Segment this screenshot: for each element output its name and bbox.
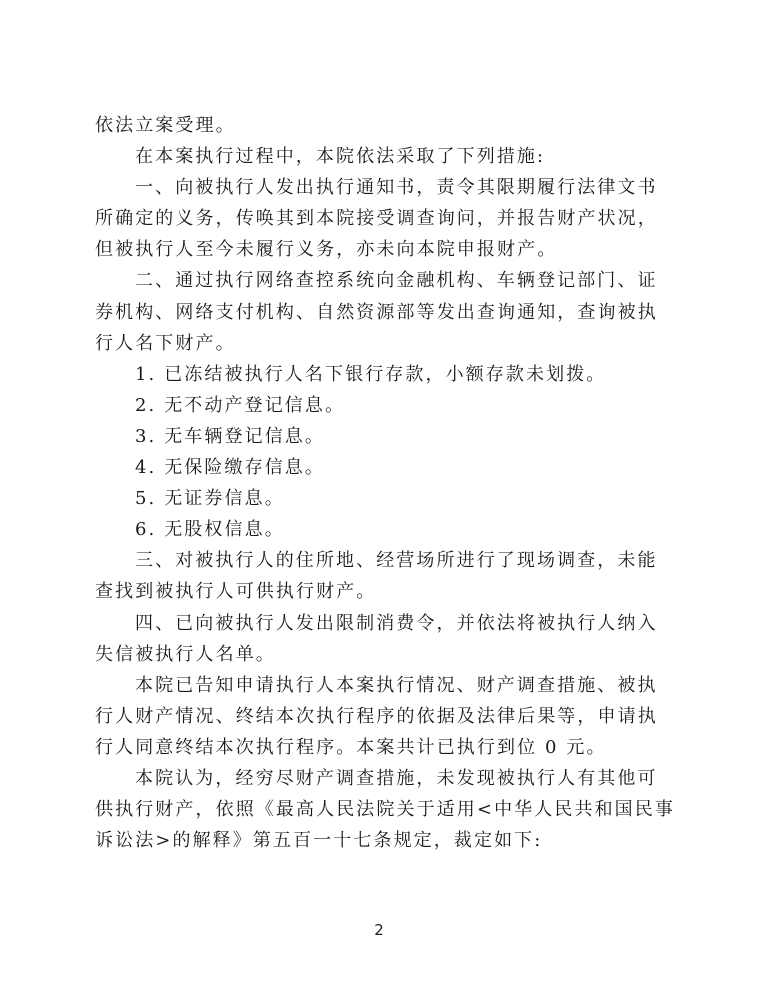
text-line-21: 行人同意终结本次执行程序。本案共计已执行到位 0 元。 [95,732,663,763]
list-item-2: 2. 无不动产登记信息。 [95,390,663,421]
page-number: 2 [0,921,758,939]
text-line-3: 一、向被执行人发出执行通知书，责令其限期履行法律文书 [95,172,663,203]
text-line-20: 行人财产情况、终结本次执行程序的依据及法律后果等，申请执 [95,701,663,732]
text-line-6: 二、通过执行网络查控系统向金融机构、车辆登记部门、证 [95,265,663,296]
text-line-2: 在本案执行过程中，本院依法采取了下列措施: [95,141,663,172]
text-line-18: 失信被执行人名单。 [95,639,663,670]
text-line-8: 行人名下财产。 [95,328,663,359]
list-item-1: 1. 已冻结被执行人名下银行存款，小额存款未划拨。 [95,359,663,390]
text-line-7: 券机构、网络支付机构、自然资源部等发出查询通知，查询被执 [95,297,663,328]
text-line-19: 本院已告知申请执行人本案执行情况、财产调查措施、被执 [95,670,663,701]
document-page: 依法立案受理。 在本案执行过程中，本院依法采取了下列措施: 一、向被执行人发出执… [0,0,758,989]
text-line-5: 但被执行人至今未履行义务，亦未向本院申报财产。 [95,234,663,265]
document-body: 依法立案受理。 在本案执行过程中，本院依法采取了下列措施: 一、向被执行人发出执… [95,110,663,856]
text-line-4: 所确定的义务，传唤其到本院接受调查询问，并报告财产状况， [95,203,663,234]
text-line-23: 供执行财产，依照《最高人民法院关于适用<中华人民共和国民事 [95,794,663,825]
text-line-15: 三、对被执行人的住所地、经营场所进行了现场调查，未能 [95,545,663,576]
list-item-3: 3. 无车辆登记信息。 [95,421,663,452]
text-line-17: 四、已向被执行人发出限制消费令，并依法将被执行人纳入 [95,608,663,639]
text-line-1: 依法立案受理。 [95,110,663,141]
list-item-6: 6. 无股权信息。 [95,514,663,545]
list-item-5: 5. 无证券信息。 [95,483,663,514]
text-line-16: 查找到被执行人可供执行财产。 [95,576,663,607]
text-line-22: 本院认为，经穷尽财产调查措施，未发现被执行人有其他可 [95,763,663,794]
text-line-24: 诉讼法>的解释》第五百一十七条规定，裁定如下: [95,825,663,856]
list-item-4: 4. 无保险缴存信息。 [95,452,663,483]
